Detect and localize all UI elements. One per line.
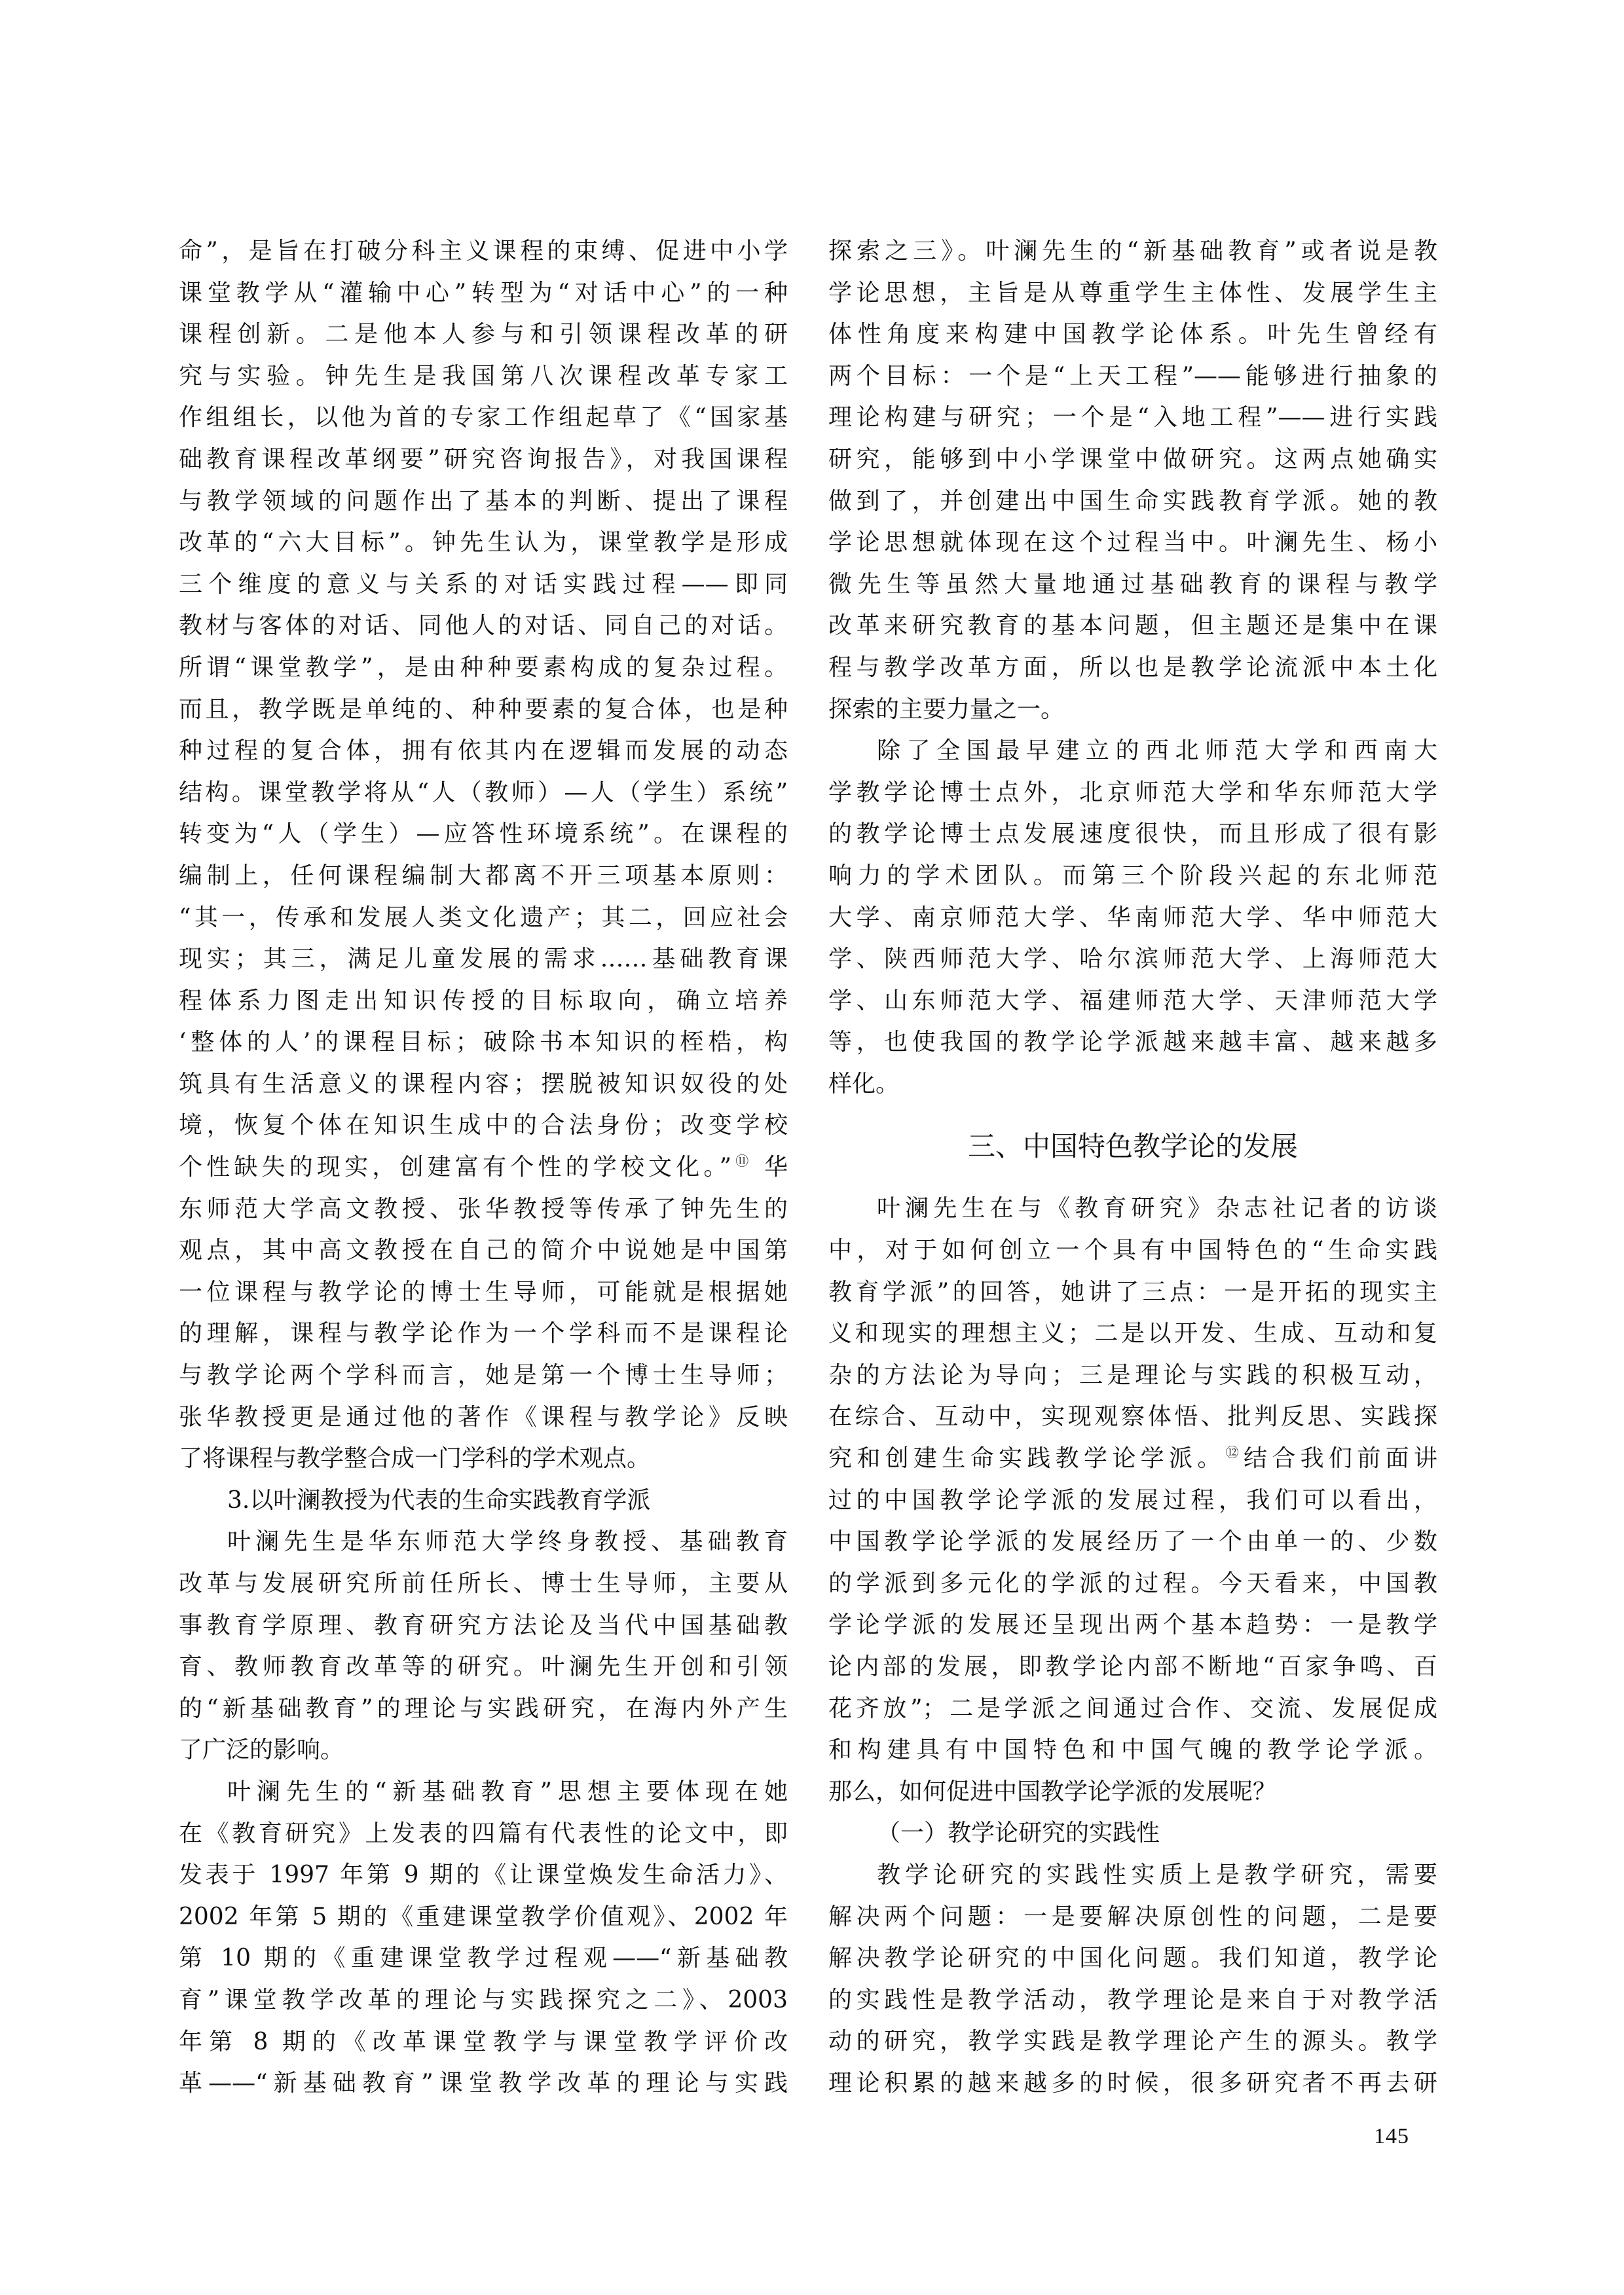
line-text: 育、教师教育改革等的研究。叶澜先生开创和引领 [179, 1653, 788, 1680]
text-line: 两个目标：一个是“上天工程”——能够进行抽象的 [828, 356, 1437, 397]
line-text: 叶澜先生是华东师范大学终身教授、基础教育 [227, 1528, 788, 1555]
subsection-heading: （一）教学论研究的实践性 [828, 1812, 1437, 1854]
text-line: 的理解，课程与教学论作为一个学科而不是课程论 [179, 1313, 788, 1355]
line-text: 的教学论博士点发展速度很快，而且形成了很有影 [828, 820, 1437, 847]
text-line: 探索之三》。叶澜先生的“新基础教育”或者说是教 [828, 230, 1437, 272]
text-line: 了将课程与教学整合成一门学科的学术观点。 [179, 1438, 788, 1480]
line-text: 结构。课堂教学将从“人（教师）—人（学生）系统” [179, 779, 788, 806]
line-text: 研究，能够到中小学课堂中做研究。这两点她确实 [828, 446, 1437, 473]
text-line: 教育学派”的回答，她讲了三点：一是开拓的现实主 [828, 1272, 1437, 1313]
text-line: 命”，是旨在打破分科主义课程的束缚、促进中小学 [179, 230, 788, 272]
line-text: 教学论研究的实践性实质上是教学研究，需要 [877, 1862, 1437, 1888]
line-text: 改革来研究教育的基本问题，但主题还是集中在课 [828, 612, 1437, 639]
text-line: 作组组长，以他为首的专家工作组起草了《“国家基 [179, 397, 788, 439]
line-text: 探索的主要力量之一。 [828, 696, 1064, 723]
line-text: 三个维度的意义与关系的对话实践过程——即同 [179, 571, 788, 598]
line-text: 种过程的复合体，拥有依其内在逻辑而发展的动态 [179, 737, 788, 764]
text-line: 三个维度的意义与关系的对话实践过程——即同 [179, 564, 788, 606]
line-text: “其一，传承和发展人类文化遗产；其二，回应社会 [179, 904, 788, 931]
line-text: 的学派到多元化的学派的过程。今天看来，中国教 [828, 1570, 1437, 1597]
line-text: 境，恢复个体在知识生成中的合法身份；改变学校 [179, 1112, 788, 1139]
text-line: 东师范大学高文教授、张华教授等传承了钟先生的 [179, 1188, 788, 1230]
line-text: 程体系力图走出知识传授的目标取向，确立培养 [179, 987, 788, 1014]
line-text: 动的研究，教学实践是教学理论产生的源头。教学 [828, 2028, 1437, 2055]
text-line: 而且，教学既是单纯的、种种要素的复合体，也是种 [179, 689, 788, 731]
line-text: 体性角度来构建中国教学论体系。叶先生曾经有 [828, 321, 1437, 348]
right-column: 探索之三》。叶澜先生的“新基础教育”或者说是教学论思想，主旨是从尊重学生主体性、… [828, 230, 1437, 2104]
line-text: 张华教授更是通过他的著作《课程与教学论》反映 [179, 1404, 788, 1431]
line-text-after-note: 结合我们前面讲 [1244, 1445, 1437, 1472]
text-line: 育、教师教育改革等的研究。叶澜先生开创和引领 [179, 1646, 788, 1688]
line-text: 和构建具有中国特色和中国气魄的教学论学派。 [828, 1736, 1437, 1763]
text-line: 动的研究，教学实践是教学理论产生的源头。教学 [828, 2021, 1437, 2063]
text-line: 究与实验。钟先生是我国第八次课程改革专家工 [179, 356, 788, 397]
line-text: 学教学论博士点外，北京师范大学和华东师范大学 [828, 779, 1437, 806]
text-line: 花齐放”；二是学派之间通过合作、交流、发展促成 [828, 1688, 1437, 1730]
text-line: 探索的主要力量之一。 [828, 689, 1437, 731]
line-text: 理论积累的越来越多的时候，很多研究者不再去研 [828, 2070, 1437, 2097]
line-text: 解决教学论研究的中国化问题。我们知道，教学论 [828, 1945, 1437, 1972]
line-text: 发表于 1997 年第 9 期的《让课堂焕发生命活力》、 [179, 1862, 788, 1888]
right-column-before-heading: 探索之三》。叶澜先生的“新基础教育”或者说是教学论思想，主旨是从尊重学生主体性、… [828, 230, 1437, 1105]
line-text: 2002 年第 5 期的《重建课堂教学价值观》、2002 年 [179, 1903, 788, 1930]
text-line: 础教育课程改革纲要”研究咨询报告》，对我国课程 [179, 439, 788, 481]
text-line: 义和现实的理想主义；二是以开发、生成、互动和复 [828, 1313, 1437, 1355]
line-text: 义和现实的理想主义；二是以开发、生成、互动和复 [828, 1320, 1437, 1347]
text-line: 微先生等虽然大量地通过基础教育的课程与教学 [828, 564, 1437, 606]
line-text: 年第 8 期的《改革课堂教学与课堂教学评价改 [179, 2029, 788, 2055]
text-line: 课程创新。二是他本人参与和引领课程改革的研 [179, 314, 788, 356]
text-line: 杂的方法论为导向；三是理论与实践的积极互动， [828, 1355, 1437, 1397]
line-text: 学论思想就体现在这个过程当中。叶澜先生、杨小 [828, 529, 1437, 556]
text-line: 叶澜先生是华东师范大学终身教授、基础教育 [179, 1521, 788, 1563]
text-line: 体性角度来构建中国教学论体系。叶先生曾经有 [828, 314, 1437, 356]
line-text-after-note: 华 [752, 1154, 788, 1181]
line-text: 究与实验。钟先生是我国第八次课程改革专家工 [179, 363, 788, 390]
line-text: 理论构建与研究；一个是“入地工程”——进行实践 [828, 404, 1437, 431]
line-text: 大学、南京师范大学、华南师范大学、华中师范大 [828, 904, 1437, 931]
page-number: 145 [1374, 2124, 1409, 2149]
text-line: 个性缺失的现实，创建富有个性的学校文化。”⑪ 华 [179, 1147, 788, 1188]
line-text: 事教育学原理、教育研究方法论及当代中国基础教 [179, 1612, 788, 1639]
text-line: 在《教育研究》上发表的四篇有代表性的论文中，即 [179, 1813, 788, 1855]
line-text: 中，对于如何创立一个具有中国特色的“生命实践 [828, 1237, 1437, 1264]
line-text: 论内部的发展，即教学论内部不断地“百家争鸣、百 [828, 1653, 1437, 1680]
text-line: 所谓“课堂教学”，是由种种要素构成的复杂过程。 [179, 647, 788, 689]
footnote-marker: ⑪ [731, 1153, 752, 1169]
line-text: 作组组长，以他为首的专家工作组起草了《“国家基 [179, 404, 788, 431]
line-text: 育”课堂教学改革的理论与实践探究之二》、2003 [179, 1987, 788, 2013]
text-line: 那么，如何促进中国教学论学派的发展呢？ [828, 1771, 1437, 1813]
text-line: 年第 8 期的《改革课堂教学与课堂教学评价改 [179, 2021, 788, 2063]
text-line: 的教学论博士点发展速度很快，而且形成了很有影 [828, 813, 1437, 855]
text-line: 论内部的发展，即教学论内部不断地“百家争鸣、百 [828, 1646, 1437, 1688]
line-text: 的理解，课程与教学论作为一个学科而不是课程论 [179, 1320, 788, 1347]
line-text: 课堂教学从“灌输中心”转型为“对话中心”的一种 [179, 280, 788, 306]
line-text: （一）教学论研究的实践性 [877, 1820, 1160, 1846]
text-line: 学论思想，主旨是从尊重学生主体性、发展学生主 [828, 272, 1437, 314]
line-text: 3.以叶澜教授为代表的生命实践教育学派 [227, 1487, 650, 1514]
line-text: 那么，如何促进中国教学论学派的发展呢？ [828, 1778, 1276, 1805]
text-line: 理论积累的越来越多的时候，很多研究者不再去研 [828, 2063, 1437, 2104]
text-line: 编制上，任何课程编制大都离不开三项基本原则： [179, 855, 788, 897]
line-text: 响力的学术团队。而第三个阶段兴起的东北师范 [828, 862, 1437, 889]
line-text: 学论学派的发展还呈现出两个基本趋势：一是教学 [828, 1611, 1437, 1638]
text-line: 张华教授更是通过他的著作《课程与教学论》反映 [179, 1397, 788, 1439]
line-text: 究和创建生命实践教学论学派。 [828, 1445, 1226, 1472]
line-text: 第 10 期的《重建课堂教学过程观——“新基础教 [179, 1945, 788, 1972]
line-text: 两个目标：一个是“上天工程”——能够进行抽象的 [828, 363, 1437, 390]
line-text: 花齐放”；二是学派之间通过合作、交流、发展促成 [828, 1695, 1437, 1722]
line-text: 解决两个问题：一是要解决原创性的问题，二是要 [828, 1903, 1437, 1930]
line-text: 探索之三》。叶澜先生的“新基础教育”或者说是教 [828, 238, 1437, 265]
text-line: 境，恢复个体在知识生成中的合法身份；改变学校 [179, 1105, 788, 1147]
line-text: 所谓“课堂教学”，是由种种要素构成的复杂过程。 [179, 654, 788, 681]
line-text: 杂的方法论为导向；三是理论与实践的积极互动， [828, 1362, 1437, 1389]
line-text: 叶澜先生的“新基础教育”思想主要体现在她 [227, 1778, 788, 1805]
text-line: 现实；其三，满足儿童发展的需求……基础教育课 [179, 938, 788, 980]
line-text: 学、山东师范大学、福建师范大学、天津师范大学 [828, 987, 1437, 1014]
text-line: 改革来研究教育的基本问题，但主题还是集中在课 [828, 605, 1437, 647]
line-text: 础教育课程改革纲要”研究咨询报告》，对我国课程 [179, 446, 788, 473]
line-text: 过的中国教学论学派的发展过程，我们可以看出， [828, 1487, 1437, 1514]
text-line: 筑具有生活意义的课程内容；摆脱被知识奴役的处 [179, 1063, 788, 1105]
text-line: 究和创建生命实践教学论学派。⑫结合我们前面讲 [828, 1438, 1437, 1480]
text-line: ‘整体的人’的课程目标；破除书本知识的桎梏，构 [179, 1021, 788, 1063]
line-text: 个性缺失的现实，创建富有个性的学校文化。” [179, 1154, 731, 1181]
line-text: 教育学派”的回答，她讲了三点：一是开拓的现实主 [828, 1279, 1437, 1306]
text-line: 事教育学原理、教育研究方法论及当代中国基础教 [179, 1605, 788, 1647]
text-line: 学、山东师范大学、福建师范大学、天津师范大学 [828, 980, 1437, 1022]
line-text: 中国教学论学派的发展经历了一个由单一的、少数 [828, 1528, 1437, 1555]
line-text: 观点，其中高文教授在自己的简介中说她是中国第 [179, 1237, 788, 1264]
line-text: 的实践性是教学活动，教学理论是来自于对教学活 [828, 1987, 1437, 2013]
line-text: 编制上，任何课程编制大都离不开三项基本原则： [179, 862, 788, 889]
line-text: 改革与发展研究所前任所长、博士生导师，主要从 [179, 1570, 788, 1597]
line-text: 东师范大学高文教授、张华教授等传承了钟先生的 [179, 1196, 788, 1222]
text-line: 学论思想就体现在这个过程当中。叶澜先生、杨小 [828, 522, 1437, 564]
text-line: 一位课程与教学论的博士生导师，可能就是根据她 [179, 1272, 788, 1313]
text-line: 结构。课堂教学将从“人（教师）—人（学生）系统” [179, 772, 788, 814]
text-line: 学、陕西师范大学、哈尔滨师范大学、上海师范大 [828, 938, 1437, 980]
text-line: 样化。 [828, 1063, 1437, 1105]
line-text: 命”，是旨在打破分科主义课程的束缚、促进中小学 [179, 238, 788, 265]
text-line: 程与教学改革方面，所以也是教学论流派中本土化 [828, 647, 1437, 689]
left-column: 命”，是旨在打破分科主义课程的束缚、促进中小学课堂教学从“灌输中心”转型为“对话… [179, 230, 788, 2104]
line-text: 除了全国最早建立的西北师范大学和西南大 [877, 737, 1437, 764]
line-text: 学论思想，主旨是从尊重学生主体性、发展学生主 [828, 280, 1437, 306]
text-line: 除了全国最早建立的西北师范大学和西南大 [828, 730, 1437, 772]
line-text: 筑具有生活意义的课程内容；摆脱被知识奴役的处 [179, 1071, 788, 1097]
line-text: 在综合、互动中，实现观察体悟、批判反思、实践探 [828, 1403, 1437, 1430]
line-text: 革——“新基础教育”课堂教学改革的理论与实践 [179, 2070, 788, 2097]
text-line: 学论学派的发展还呈现出两个基本趋势：一是教学 [828, 1604, 1437, 1646]
line-text: 而且，教学既是单纯的、种种要素的复合体，也是种 [179, 696, 788, 723]
text-line: 解决教学论研究的中国化问题。我们知道，教学论 [828, 1937, 1437, 1979]
line-text: 微先生等虽然大量地通过基础教育的课程与教学 [828, 571, 1437, 598]
text-line: 叶澜先生的“新基础教育”思想主要体现在她 [179, 1771, 788, 1813]
line-text: 与教学领域的问题作出了基本的判断、提出了课程 [179, 488, 788, 515]
line-text: 现实；其三，满足儿童发展的需求……基础教育课 [179, 946, 788, 972]
line-text: ‘整体的人’的课程目标；破除书本知识的桎梏，构 [179, 1029, 788, 1056]
line-text: 了将课程与教学整合成一门学科的学术观点。 [179, 1445, 650, 1472]
line-text: 与教学论两个学科而言，她是第一个博士生导师； [179, 1362, 788, 1389]
line-text: 的“新基础教育”的理论与实践研究，在海内外产生 [179, 1695, 788, 1722]
line-text: 在《教育研究》上发表的四篇有代表性的论文中，即 [179, 1820, 788, 1847]
text-line: 改革的“六大目标”。钟先生认为，课堂教学是形成 [179, 522, 788, 564]
text-line: 的实践性是教学活动，教学理论是来自于对教学活 [828, 1979, 1437, 2021]
text-line: 种过程的复合体，拥有依其内在逻辑而发展的动态 [179, 730, 788, 772]
text-line: 程体系力图走出知识传授的目标取向，确立培养 [179, 980, 788, 1022]
line-text: 教材与客体的对话、同他人的对话、同自己的对话。 [179, 612, 788, 639]
text-line: 革——“新基础教育”课堂教学改革的理论与实践 [179, 2063, 788, 2104]
section-heading: 三、中国特色教学论的发展 [828, 1105, 1437, 1188]
text-line: 与教学领域的问题作出了基本的判断、提出了课程 [179, 481, 788, 523]
text-line: 和构建具有中国特色和中国气魄的教学论学派。 [828, 1729, 1437, 1771]
text-line: 了广泛的影响。 [179, 1729, 788, 1771]
line-text: 样化。 [828, 1071, 899, 1097]
text-line: 中，对于如何创立一个具有中国特色的“生命实践 [828, 1230, 1437, 1272]
text-line: 过的中国教学论学派的发展过程，我们可以看出， [828, 1480, 1437, 1522]
text-line: 课堂教学从“灌输中心”转型为“对话中心”的一种 [179, 272, 788, 314]
line-text: 改革的“六大目标”。钟先生认为，课堂教学是形成 [179, 529, 788, 556]
right-column-after-heading: 叶澜先生在与《教育研究》杂志社记者的访谈中，对于如何创立一个具有中国特色的“生命… [828, 1188, 1437, 2104]
text-line: 的“新基础教育”的理论与实践研究，在海内外产生 [179, 1688, 788, 1730]
line-text: 了广泛的影响。 [179, 1736, 344, 1763]
footnote-marker: ⑫ [1226, 1444, 1244, 1460]
text-line: 教学论研究的实践性实质上是教学研究，需要 [828, 1854, 1437, 1896]
text-line: 大学、南京师范大学、华南师范大学、华中师范大 [828, 897, 1437, 939]
text-line: 发表于 1997 年第 9 期的《让课堂焕发生命活力》、 [179, 1854, 788, 1896]
text-line: 改革与发展研究所前任所长、博士生导师，主要从 [179, 1563, 788, 1605]
line-text: 学、陕西师范大学、哈尔滨师范大学、上海师范大 [828, 946, 1437, 972]
text-line: 与教学论两个学科而言，她是第一个博士生导师； [179, 1355, 788, 1397]
line-text: 程与教学改革方面，所以也是教学论流派中本土化 [828, 654, 1437, 681]
line-text: 转变为“人（学生）—应答性环境系统”。在课程的 [179, 820, 788, 847]
text-line: 理论构建与研究；一个是“入地工程”——进行实践 [828, 397, 1437, 439]
line-text: 做到了，并创建出中国生命实践教育学派。她的教 [828, 488, 1437, 515]
text-line: 2002 年第 5 期的《重建课堂教学价值观》、2002 年 [179, 1896, 788, 1938]
text-line: 中国教学论学派的发展经历了一个由单一的、少数 [828, 1521, 1437, 1563]
text-line: 第 10 期的《重建课堂教学过程观——“新基础教 [179, 1937, 788, 1979]
text-line: 的学派到多元化的学派的过程。今天看来，中国教 [828, 1563, 1437, 1605]
text-line: “其一，传承和发展人类文化遗产；其二，回应社会 [179, 897, 788, 939]
line-text: 一位课程与教学论的博士生导师，可能就是根据她 [179, 1279, 788, 1306]
text-line: 在综合、互动中，实现观察体悟、批判反思、实践探 [828, 1396, 1437, 1438]
text-line: 教材与客体的对话、同他人的对话、同自己的对话。 [179, 605, 788, 647]
line-text: 课程创新。二是他本人参与和引领课程改革的研 [179, 321, 788, 348]
text-line: 研究，能够到中小学课堂中做研究。这两点她确实 [828, 439, 1437, 481]
text-line: 做到了，并创建出中国生命实践教育学派。她的教 [828, 481, 1437, 523]
line-text: 等，也使我国的教学论学派越来越丰富、越来越多 [828, 1029, 1437, 1056]
line-text: 叶澜先生在与《教育研究》杂志社记者的访谈 [877, 1195, 1437, 1222]
text-line: 叶澜先生在与《教育研究》杂志社记者的访谈 [828, 1188, 1437, 1230]
text-line: 等，也使我国的教学论学派越来越丰富、越来越多 [828, 1021, 1437, 1063]
text-line: 学教学论博士点外，北京师范大学和华东师范大学 [828, 772, 1437, 814]
subsection-heading: 3.以叶澜教授为代表的生命实践教育学派 [179, 1480, 788, 1522]
text-line: 转变为“人（学生）—应答性环境系统”。在课程的 [179, 813, 788, 855]
text-line: 解决两个问题：一是要解决原创性的问题，二是要 [828, 1896, 1437, 1938]
text-line: 育”课堂教学改革的理论与实践探究之二》、2003 [179, 1979, 788, 2021]
text-line: 响力的学术团队。而第三个阶段兴起的东北师范 [828, 855, 1437, 897]
text-line: 观点，其中高文教授在自己的简介中说她是中国第 [179, 1230, 788, 1272]
